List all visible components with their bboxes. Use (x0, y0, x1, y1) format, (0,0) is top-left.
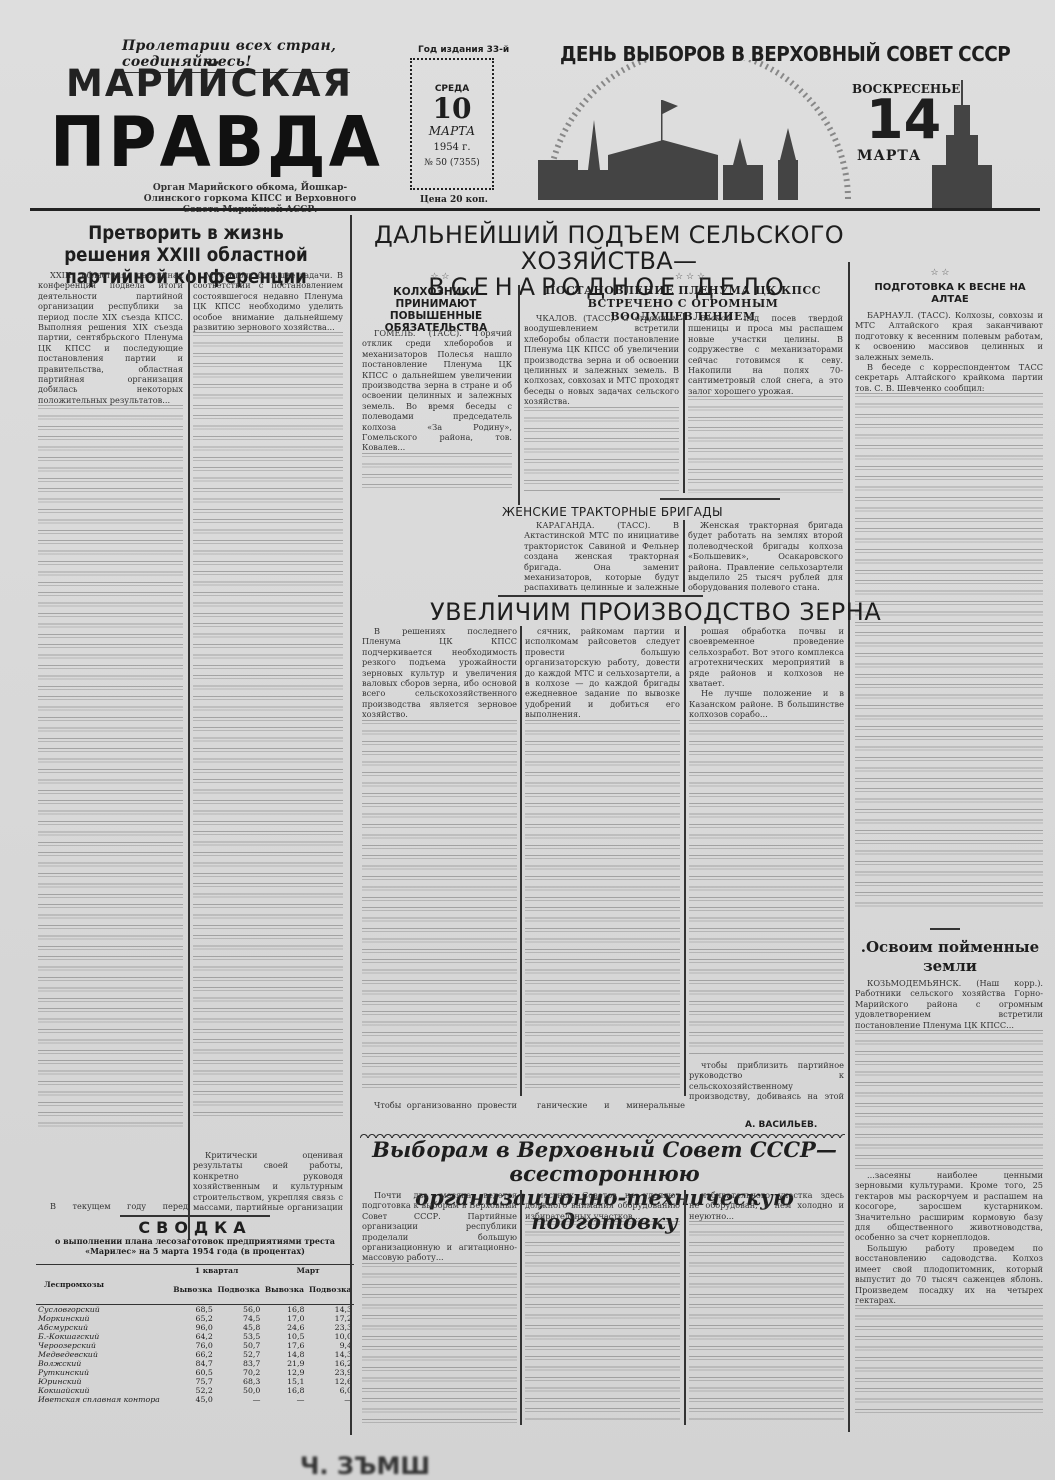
svodka-row: Абсмурский96,045,824,623,3 (36, 1323, 354, 1332)
plenum-col2: Весной под посев твердой пшеницы и проса… (688, 313, 843, 493)
grain-col3: рошая обработка почвы и своевременное пр… (689, 626, 844, 1056)
editorial-closing: Критически оценивая результаты своей раб… (193, 1150, 343, 1212)
stars-decoration: ☆ ☆ (920, 268, 960, 278)
svodka-table: Леспромхозы 1 квартал Март Вывозка Подво… (36, 1264, 354, 1404)
women-brigades-col1: КАРАГАНДА. (ТАСС). В Актастинской МТС по… (524, 520, 679, 592)
bottom-mark: Ч. ЗЪМШ (300, 1452, 430, 1480)
poyma-headline: .Освоим пойменные земли (855, 938, 1045, 976)
svodka-row: Руткинский60,570,212,923,9 (36, 1368, 354, 1377)
kolkhozniki-body: ГОМЕЛЬ. (ТАСС). Горячий отклик среди хле… (362, 328, 512, 488)
stars-decoration: ☆ ☆ ☆ (660, 272, 720, 282)
plenum-col1: ЧКАЛОВ. (ТАСС). С огромным воодушевление… (524, 313, 679, 493)
svodka-row: Моркинский65,274,517,017,2 (36, 1314, 354, 1323)
grain-col1: В решениях последнего Пленума ЦК КПСС по… (362, 626, 517, 1090)
grain-col2: сячник, райкомам партии и исполкомам рай… (525, 626, 680, 1090)
newspaper-title-line2: ПРАВДА (50, 102, 383, 183)
grain-col3-end: чтобы приблизить партийное руководство к… (689, 1060, 844, 1102)
organ-statement: Орган Марийского обкома, Йошкар-Олинског… (130, 183, 370, 216)
svodka-row: Сусловгорский68,556,016,814,3 (36, 1304, 354, 1314)
elections-col1: Почти два месяца ведется подготовка к вы… (362, 1190, 517, 1425)
editorial-col1: XXIII областная партийная конференция по… (38, 270, 183, 1130)
editorial-col2: МТС стоят большие задачи. В соответствии… (193, 270, 343, 1130)
women-brigades-col2: Женская тракторная бригада будет работат… (688, 520, 843, 592)
price: Цена 20 коп. (420, 195, 488, 205)
svodka-row: Чероозерский76,050,717,69,4 (36, 1341, 354, 1350)
masthead-rule (30, 208, 1040, 211)
year: 1954 г. (412, 142, 492, 153)
year-of-issue: Год издания 33-й (418, 45, 509, 55)
date-box: СРЕДА 10 МАРТА 1954 г. № 50 (7355) (410, 58, 494, 190)
newspaper-page: Пролетарии всех стран, соединяйтесь! МАР… (0, 0, 1055, 1480)
newspaper-title-line1: МАРИЙСКАЯ (66, 62, 353, 105)
kremlin-illustration-icon (528, 60, 858, 210)
svodka-title: СВОДКА (40, 1218, 350, 1237)
poyma-body: КОЗЬМОДЕМЬЯНСК. (Наш корр.). Работники с… (855, 978, 1043, 1418)
elections-col2: местных Советов не уделяют должного вним… (525, 1190, 680, 1425)
stars-decoration: ☆ ☆ (420, 272, 460, 282)
svodka-row: Юринский75,768,315,112,6 (36, 1377, 354, 1386)
day: 10 (412, 94, 492, 124)
month: МАРТА (412, 124, 492, 138)
svodka-row: Б.-Кокшагский64,253,510,510,0 (36, 1332, 354, 1341)
kolkhozniki-headline: КОЛХОЗНИКИ ПРИНИМАЮТ ПОВЫШЕННЫЕ ОБЯЗАТЕЛ… (362, 286, 510, 334)
editorial-last-line: В текущем году перед колхозами и (38, 1201, 188, 1212)
elections-col3: избирательного участка здесь не оборудов… (689, 1190, 844, 1425)
grain-headline: УВЕЛИЧИМ ПРОИЗВОДСТВО ЗЕРНА (430, 598, 881, 626)
svodka-row: Иветская сплавная контора45,0——— (36, 1395, 354, 1404)
altai-headline: ПОДГОТОВКА К ВЕСНЕ НА АЛТАЕ (855, 282, 1045, 306)
skyscraper-illustration-icon (928, 80, 998, 210)
article-author: А. ВАСИЛЬЕВ. (745, 1120, 817, 1130)
svodka-row: Волжский84,783,721,916,2 (36, 1359, 354, 1368)
svodka-row: Медведевский66,252,714,814,3 (36, 1350, 354, 1359)
issue-number: № 50 (7355) (412, 158, 492, 168)
women-brigades-headline: ЖЕНСКИЕ ТРАКТОРНЫЕ БРИГАДЫ (502, 505, 723, 519)
altai-body: БАРНАУЛ. (ТАСС). Колхозы, совхозы и МТС … (855, 310, 1043, 910)
svodka-row: Кокшайский52,250,016,86,0 (36, 1386, 354, 1395)
svodka-subtitle: о выполнении плана лесозаготовок предпри… (40, 1236, 350, 1256)
election-month: МАРТА (857, 148, 921, 164)
